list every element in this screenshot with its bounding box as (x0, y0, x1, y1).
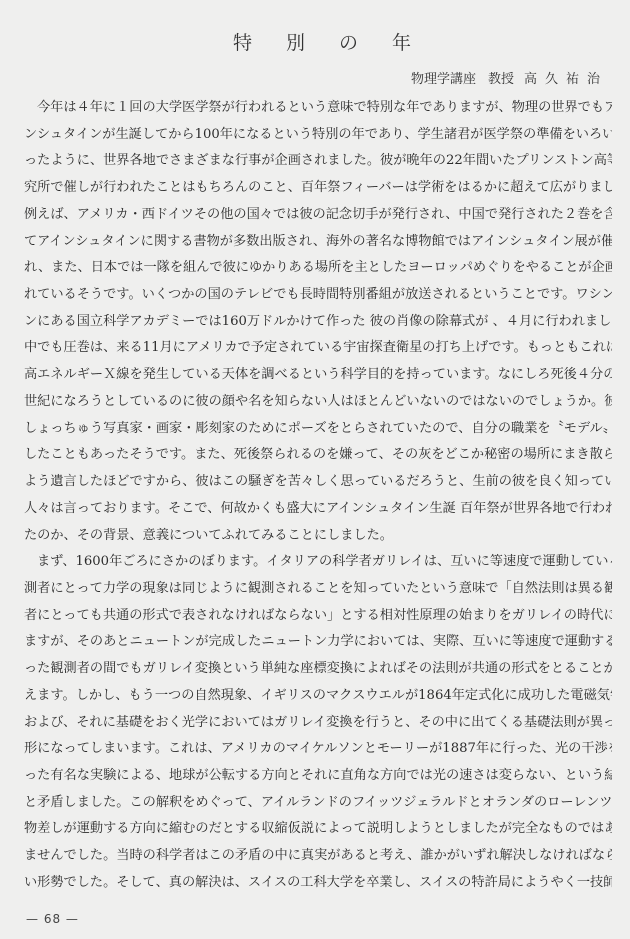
body-line: ますが、そのあとニュートンが完成したニュートン力学においては、実際、互いに等速度… (24, 629, 612, 656)
body-line: った有名な実験による、地球が公転する方向とそれに直角な方向では光の速さは変らない… (24, 763, 612, 790)
body-line: たのか、その背景、意義についてふれてみることにしました。 (24, 523, 612, 550)
document-page: 特 別 の 年 物理学講座教授高久祐治 今年は４年に１回の大学医学祭が行われると… (0, 0, 630, 939)
body-line: と矛盾しました。この解釈をめぐって、アイルランドのフイッツジェラルドとオランダの… (24, 790, 612, 817)
body-line: ンシュタインが生誕してから100年になるという特別の年であり、学生諸君が医学祭の… (24, 122, 612, 149)
body-line: しょっちゅう写真家・画家・彫刻家のためにポーズをとらされていたので、自分の職業を… (24, 416, 612, 443)
body-line: したこともあったそうです。また、死後祭られるのを嫌って、その灰をどこか秘密の場所… (24, 442, 612, 469)
body-line: 例えば、アメリカ・西ドイツその他の国々では彼の記念切手が発行され、中国で発行され… (24, 202, 612, 229)
body-line: えます。しかし、もう一つの自然現象、イギリスのマクスウエルが1864年定式化に成… (24, 683, 612, 710)
body-line: 形になってしまいます。これは、アメリカのマイケルソンとモーリーが1887年に行っ… (24, 736, 612, 763)
body-line: れ、また、日本では一隊を組んで彼にゆかりある場所を主としたヨーロッパめぐりをやる… (24, 255, 612, 282)
body-line: 今年は４年に１回の大学医学祭が行われるという意味で特別な年でありますが、物理の世… (24, 95, 612, 122)
author-name: 高久祐治 (524, 72, 608, 87)
page-number: — 68 — (26, 912, 79, 926)
body-line: ったように、世界各地でさまざまな行事が企画されました。彼が晩年の22年間いたプリ… (24, 148, 612, 175)
author-rank: 教授 (488, 72, 514, 87)
body-line: 中でも圧巻は、来る11月にアメリカで予定されている宇宙探査衛星の打ち上げです。も… (24, 335, 612, 362)
body-line: い形勢でした。そして、真の解決は、スイスの工科大学を卒業し、スイスの特許局によう… (24, 870, 612, 897)
body-line: よう遺言したほどですから、彼はこの騒ぎを苦々しく思っているだろうと、生前の彼を良… (24, 469, 612, 496)
body-line: れているそうです。いくつかの国のテレビでも長時間特別番組が放送されるということで… (24, 282, 612, 309)
body-line: 者にとっても共通の形式で表されなければならない」とする相対性原理の始まりをガリレ… (24, 603, 612, 630)
body-line: 究所で催しが行われたことはもちろんのこと、百年祭フィーバーは学術をはるかに超えて… (24, 175, 612, 202)
body-line: および、それに基礎をおく光学においてはガリレイ変換を行うと、その中に出てくる基礎… (24, 710, 612, 737)
body-line: 測者にとって力学の現象は同じように観測されることを知っていたという意味で「自然法… (24, 576, 612, 603)
body-line: 物差しが運動する方向に縮むのだとする収縮仮説によって説明しようとしましたが完全な… (24, 816, 612, 843)
body-line: 人々は言っております。そこで、何故かくも盛大にアインシュタイン生誕 百年祭が世界… (24, 496, 612, 523)
body-line: 高エネルギーＸ線を発生している天体を調べるという科学目的を持っています。なにしろ… (24, 362, 612, 389)
body-line: 世紀になろうとしているのに彼の顔や名を知らない人はほとんどいないのではないのでし… (24, 389, 612, 416)
article-body: 今年は４年に１回の大学医学祭が行われるという意味で特別な年でありますが、物理の世… (24, 95, 612, 897)
body-line: ませんでした。当時の科学者はこの矛盾の中に真実があると考え、誰かがいずれ解決しな… (24, 843, 612, 870)
body-line: てアインシュタインに関する書物が多数出版され、海外の著名な博物館ではアインシュタ… (24, 229, 612, 256)
author-department: 物理学講座 (411, 72, 476, 87)
author-byline: 物理学講座教授高久祐治 (411, 68, 608, 87)
body-line: まず、1600年ごろにさかのぼります。イタリアの科学者ガリレイは、互いに等速度で… (24, 549, 612, 576)
body-line: ンにある国立科学アカデミーでは160万ドルかけて作った 彼の肖像の除幕式が 、４… (24, 309, 612, 336)
body-line: った観測者の間でもガリレイ変換という単純な座標変換によればその法則が共通の形式を… (24, 656, 612, 683)
article-title: 特 別 の 年 (0, 28, 630, 55)
